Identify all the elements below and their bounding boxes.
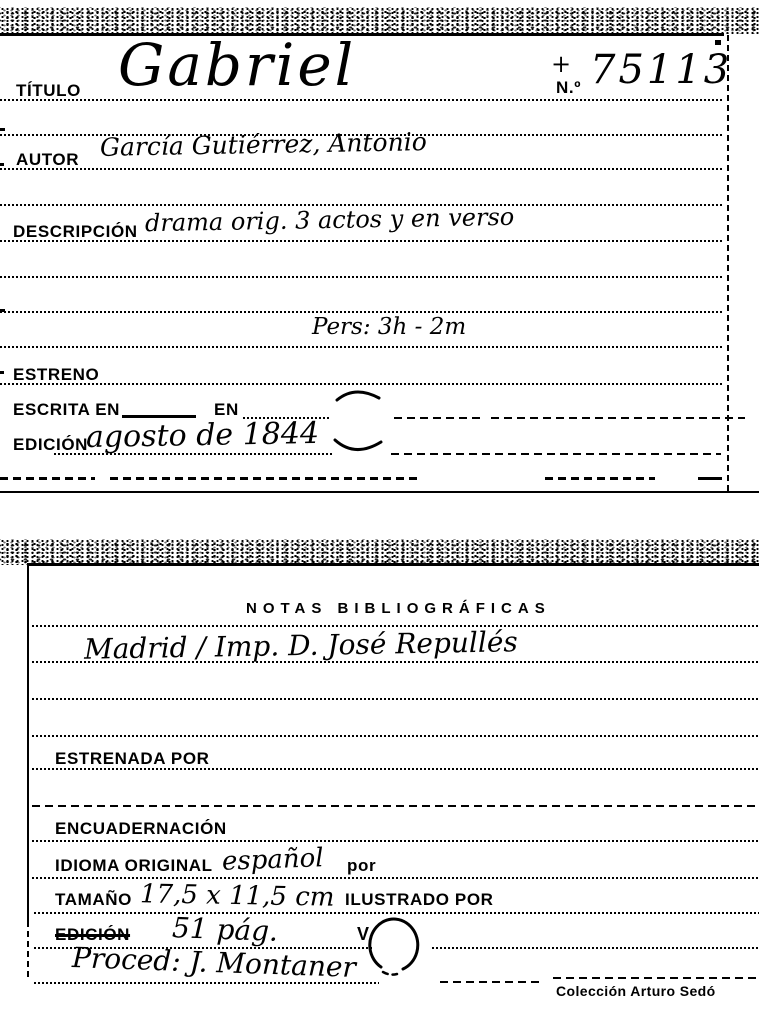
ruled-line (391, 453, 721, 455)
idioma-original-label: IDIOMA ORIGINAL (55, 856, 213, 876)
ruled-line (0, 240, 724, 242)
idioma-handwritten-value: español (222, 845, 324, 875)
titulo-handwritten-value: Gabriel (118, 36, 356, 94)
ruled-line (32, 840, 759, 842)
ruled-line (394, 417, 482, 419)
ruled-line (32, 735, 759, 737)
ruled-line (0, 168, 724, 170)
ink-speck (0, 371, 4, 374)
autor-handwritten-value: García Gutiérrez, Antonio (100, 129, 427, 160)
card-back-left-border (27, 563, 29, 921)
ink-speck (715, 40, 721, 45)
scan-separator-line (0, 491, 759, 493)
handdrawn-circle-back (367, 909, 423, 979)
ruled-line-fragment (110, 477, 420, 480)
torn-edge-noise-bottom (0, 539, 759, 565)
estreno-label: ESTRENO (13, 365, 99, 385)
numero-label: N.º (556, 78, 581, 98)
personajes-handwritten-value: Pers: 3h - 2m (312, 316, 466, 339)
ruled-line-fragment (698, 477, 722, 480)
ruled-line (491, 417, 745, 419)
notas-bibliograficas-header: NOTAS BIBLIOGRÁFICAS (246, 600, 551, 617)
card-front-right-border (727, 35, 729, 493)
paginas-handwritten-value: 51 pág. (172, 914, 279, 946)
ruled-line (0, 346, 724, 348)
coleccion-label: Colección Arturo Sedó (556, 983, 716, 999)
procedencia-handwritten-value: Proced: J. Montaner (72, 944, 357, 982)
descripcion-label: DESCRIPCIÓN (13, 222, 138, 242)
handdrawn-circle-front (331, 384, 385, 458)
tamano-handwritten-value: 17,5 x 11,5 cm (140, 881, 335, 910)
ruled-line (432, 947, 759, 949)
plus-mark-handwritten: + (551, 52, 571, 76)
por-label: por (347, 856, 376, 876)
ink-speck (0, 128, 5, 131)
ruled-line (34, 982, 379, 984)
ruled-line (32, 805, 759, 807)
ruled-line (32, 661, 759, 663)
card-back-top-border (27, 563, 759, 566)
edicion-label: EDICIÓN (13, 435, 88, 455)
card-front-top-border (0, 33, 724, 36)
scanned-catalog-card-page: TÍTULO Gabriel + N.º 75113 AUTOR García … (0, 0, 759, 1028)
ruled-line (32, 698, 759, 700)
ruled-line-fragment (0, 477, 95, 480)
ilustrado-por-label: ILUSTRADO POR (345, 890, 494, 910)
numero-handwritten-value: 75113 (590, 50, 732, 90)
torn-edge-noise-top (0, 7, 759, 34)
ink-speck (0, 309, 5, 312)
ruled-line-fragment (440, 981, 540, 983)
ruled-line (32, 768, 759, 770)
tamano-label: TAMAÑO (55, 890, 132, 910)
ruled-line (54, 453, 334, 455)
ruled-line (0, 276, 724, 278)
titulo-label: TÍTULO (16, 81, 81, 101)
autor-label: AUTOR (16, 150, 79, 170)
ruled-line (0, 311, 724, 313)
ruled-line-fragment (553, 977, 757, 979)
descripcion-handwritten-value: drama orig. 3 actos y en verso (145, 205, 515, 235)
estrenada-por-label: ESTRENADA POR (55, 749, 210, 769)
encuadernacion-label: ENCUADERNACIÓN (55, 819, 227, 839)
ink-speck (0, 163, 4, 166)
edicion-handwritten-value: agosto de 1844 (86, 419, 320, 453)
ruled-line-fragment (545, 477, 655, 480)
ruled-line (0, 99, 724, 101)
notas-handwritten-value: Madrid / Imp. D. José Repullés (84, 628, 518, 664)
escrita-en-label: ESCRITA EN (13, 400, 120, 420)
card-back-left-border-lower (27, 921, 29, 977)
